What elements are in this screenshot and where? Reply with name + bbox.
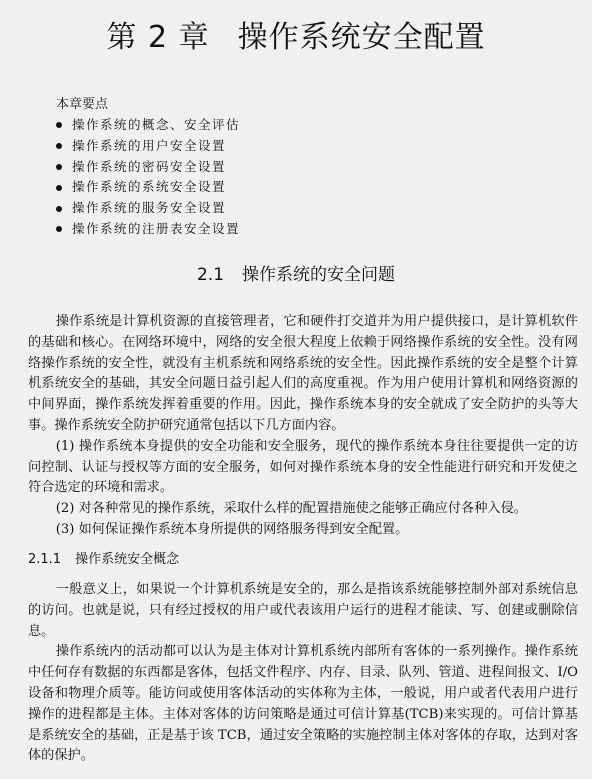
- section-heading: 2.1操作系统的安全问题: [0, 262, 592, 288]
- keypoints-list: 操作系统的概念、安全评估 操作系统的用户安全设置 操作系统的密码安全设置 操作系…: [56, 115, 240, 240]
- keypoint-text: 操作系统的用户安全设置: [72, 136, 226, 157]
- chapter-number: 第 2 章: [106, 20, 209, 55]
- chapter-title-text: 操作系统安全配置: [238, 20, 486, 55]
- bullet-icon: [56, 226, 62, 232]
- keypoint-text: 操作系统的系统安全设置: [72, 177, 226, 198]
- keypoints-heading: 本章要点: [56, 95, 240, 115]
- bullet-icon: [56, 185, 62, 191]
- bullet-icon: [56, 206, 62, 212]
- subsection-body: 一般意义上，如果说一个计算机系统是安全的，那么是指该系统能够控制外部对系统信息的…: [28, 580, 578, 767]
- chapter-keypoints: 本章要点 操作系统的概念、安全评估 操作系统的用户安全设置 操作系统的密码安全设…: [56, 95, 240, 240]
- keypoint-item: 操作系统的系统安全设置: [56, 177, 240, 198]
- keypoint-item: 操作系统的用户安全设置: [56, 136, 240, 157]
- subsection-number: 2.1.1: [28, 552, 61, 567]
- section-number: 2.1: [197, 265, 224, 285]
- document-page: 第 2 章操作系统安全配置 本章要点 操作系统的概念、安全评估 操作系统的用户安…: [0, 0, 592, 779]
- subsection-title-text: 操作系统安全概念: [75, 552, 179, 567]
- subsection-heading: 2.1.1操作系统安全概念: [28, 550, 179, 570]
- bullet-icon: [56, 143, 62, 149]
- keypoint-text: 操作系统的密码安全设置: [72, 157, 226, 178]
- paragraph: (1) 操作系统本身提供的安全功能和安全服务，现代的操作系统本身往往要提供一定的…: [28, 437, 578, 499]
- paragraph: 一般意义上，如果说一个计算机系统是安全的，那么是指该系统能够控制外部对系统信息的…: [28, 580, 578, 642]
- keypoint-text: 操作系统的注册表安全设置: [72, 219, 240, 240]
- paragraph: (3) 如何保证操作系统本身所提供的网络服务得到安全配置。: [28, 520, 578, 541]
- keypoint-item: 操作系统的概念、安全评估: [56, 115, 240, 136]
- paragraph: 操作系统是计算机资源的直接管理者，它和硬件打交道并为用户提供接口，是计算机软件的…: [28, 312, 578, 437]
- chapter-title: 第 2 章操作系统安全配置: [0, 18, 592, 58]
- paragraph: 操作系统内的活动都可以认为是主体对计算机系统内部所有客体的一系列操作。操作系统中…: [28, 642, 578, 767]
- bullet-icon: [56, 164, 62, 170]
- bullet-icon: [56, 122, 62, 128]
- keypoint-text: 操作系统的服务安全设置: [72, 198, 226, 219]
- section-body: 操作系统是计算机资源的直接管理者，它和硬件打交道并为用户提供接口，是计算机软件的…: [28, 312, 578, 541]
- keypoint-text: 操作系统的概念、安全评估: [72, 115, 240, 136]
- section-title-text: 操作系统的安全问题: [242, 265, 395, 285]
- paragraph: (2) 对各种常见的操作系统，采取什么样的配置措施使之能够正确应付各种入侵。: [28, 499, 578, 520]
- keypoint-item: 操作系统的密码安全设置: [56, 157, 240, 178]
- keypoint-item: 操作系统的服务安全设置: [56, 198, 240, 219]
- keypoint-item: 操作系统的注册表安全设置: [56, 219, 240, 240]
